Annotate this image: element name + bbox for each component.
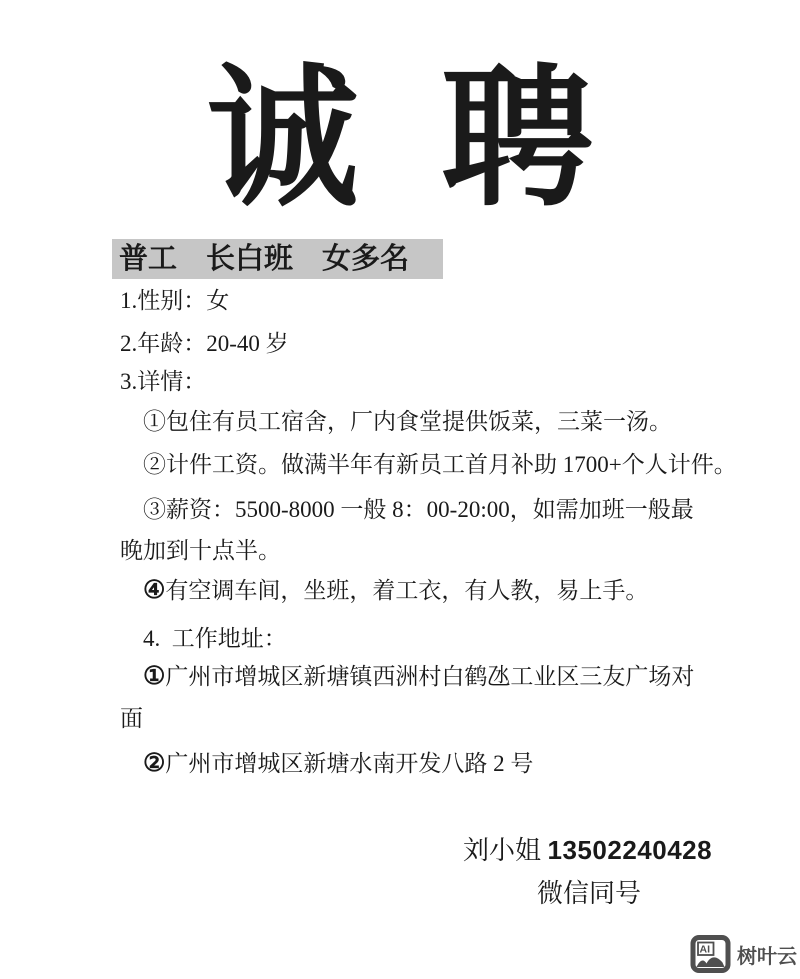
detail-item-salary-text: 薪资：5500-8000 一般 8：00-20:00，如需加班一般最 [166, 497, 694, 522]
field-age: 2.年龄：20-40 岁 [120, 329, 289, 359]
ai-icon-label: AI [700, 944, 711, 956]
detail-item-wage: ②计件工资。做满半年有新员工首月补助 1700+个人计件。 [143, 450, 737, 480]
recruitment-poster: 诚聘 普工 长白班 女多名 1.性别：女 2.年龄：20-40 岁 3.详情： … [0, 0, 800, 979]
contact-name: 刘小姐 [463, 836, 541, 865]
detail-item-workshop: ④有空调车间，坐班，着工衣，有人教，易上手。 [143, 576, 648, 606]
bullet-2-icon: ② [143, 452, 166, 477]
poster-title: 诚聘 [0, 64, 800, 216]
address-item-1: ①广州市增城区新塘镇西洲村白鹤氹工业区三友广场对 [143, 662, 694, 692]
title-char-left: 诚 [207, 64, 359, 216]
ai-image-icon: AI [690, 934, 731, 974]
address-item-2: ②广州市增城区新塘水南开发八路 2 号 [143, 749, 533, 779]
address-bullet-1-icon: ① [143, 663, 165, 690]
field-details-label: 3.详情： [120, 367, 206, 397]
detail-item-housing-text: 包住有员工宿舍，厂内食堂提供饭菜，三菜一汤。 [166, 409, 672, 434]
bullet-3-icon: ③ [143, 497, 166, 522]
job-headline: 普工 长白班 女多名 [112, 239, 443, 279]
contact-phone: 13502240428 [548, 835, 713, 865]
watermark-brand: 树叶云 [737, 940, 797, 969]
detail-item-housing: ①包住有员工宿舍，厂内食堂提供饭菜，三菜一汤。 [143, 407, 672, 437]
address-item-1-continuation: 面 [120, 704, 143, 734]
detail-item-salary-continuation: 晚加到十点半。 [120, 536, 281, 566]
title-char-right: 聘 [441, 64, 593, 216]
field-gender: 1.性别：女 [120, 286, 229, 316]
detail-item-salary: ③薪资：5500-8000 一般 8：00-20:00，如需加班一般最 [143, 495, 694, 525]
address-item-2-text: 广州市增城区新塘水南开发八路 2 号 [165, 751, 533, 776]
address-label: 4. 工作地址： [143, 624, 287, 654]
detail-item-wage-text: 计件工资。做满半年有新员工首月补助 1700+个人计件。 [166, 452, 737, 477]
wechat-note: 微信同号 [537, 879, 641, 909]
bullet-1-icon: ① [143, 409, 166, 434]
bullet-4-icon: ④ [143, 577, 165, 604]
detail-item-workshop-text: 有空调车间，坐班，着工衣，有人教，易上手。 [165, 578, 648, 603]
address-item-1-text: 广州市增城区新塘镇西洲村白鹤氹工业区三友广场对 [165, 664, 694, 689]
contact-line: 刘小姐 13502240428 [463, 834, 712, 867]
address-bullet-2-icon: ② [143, 750, 165, 777]
watermark: AI 树叶云 [690, 934, 797, 974]
